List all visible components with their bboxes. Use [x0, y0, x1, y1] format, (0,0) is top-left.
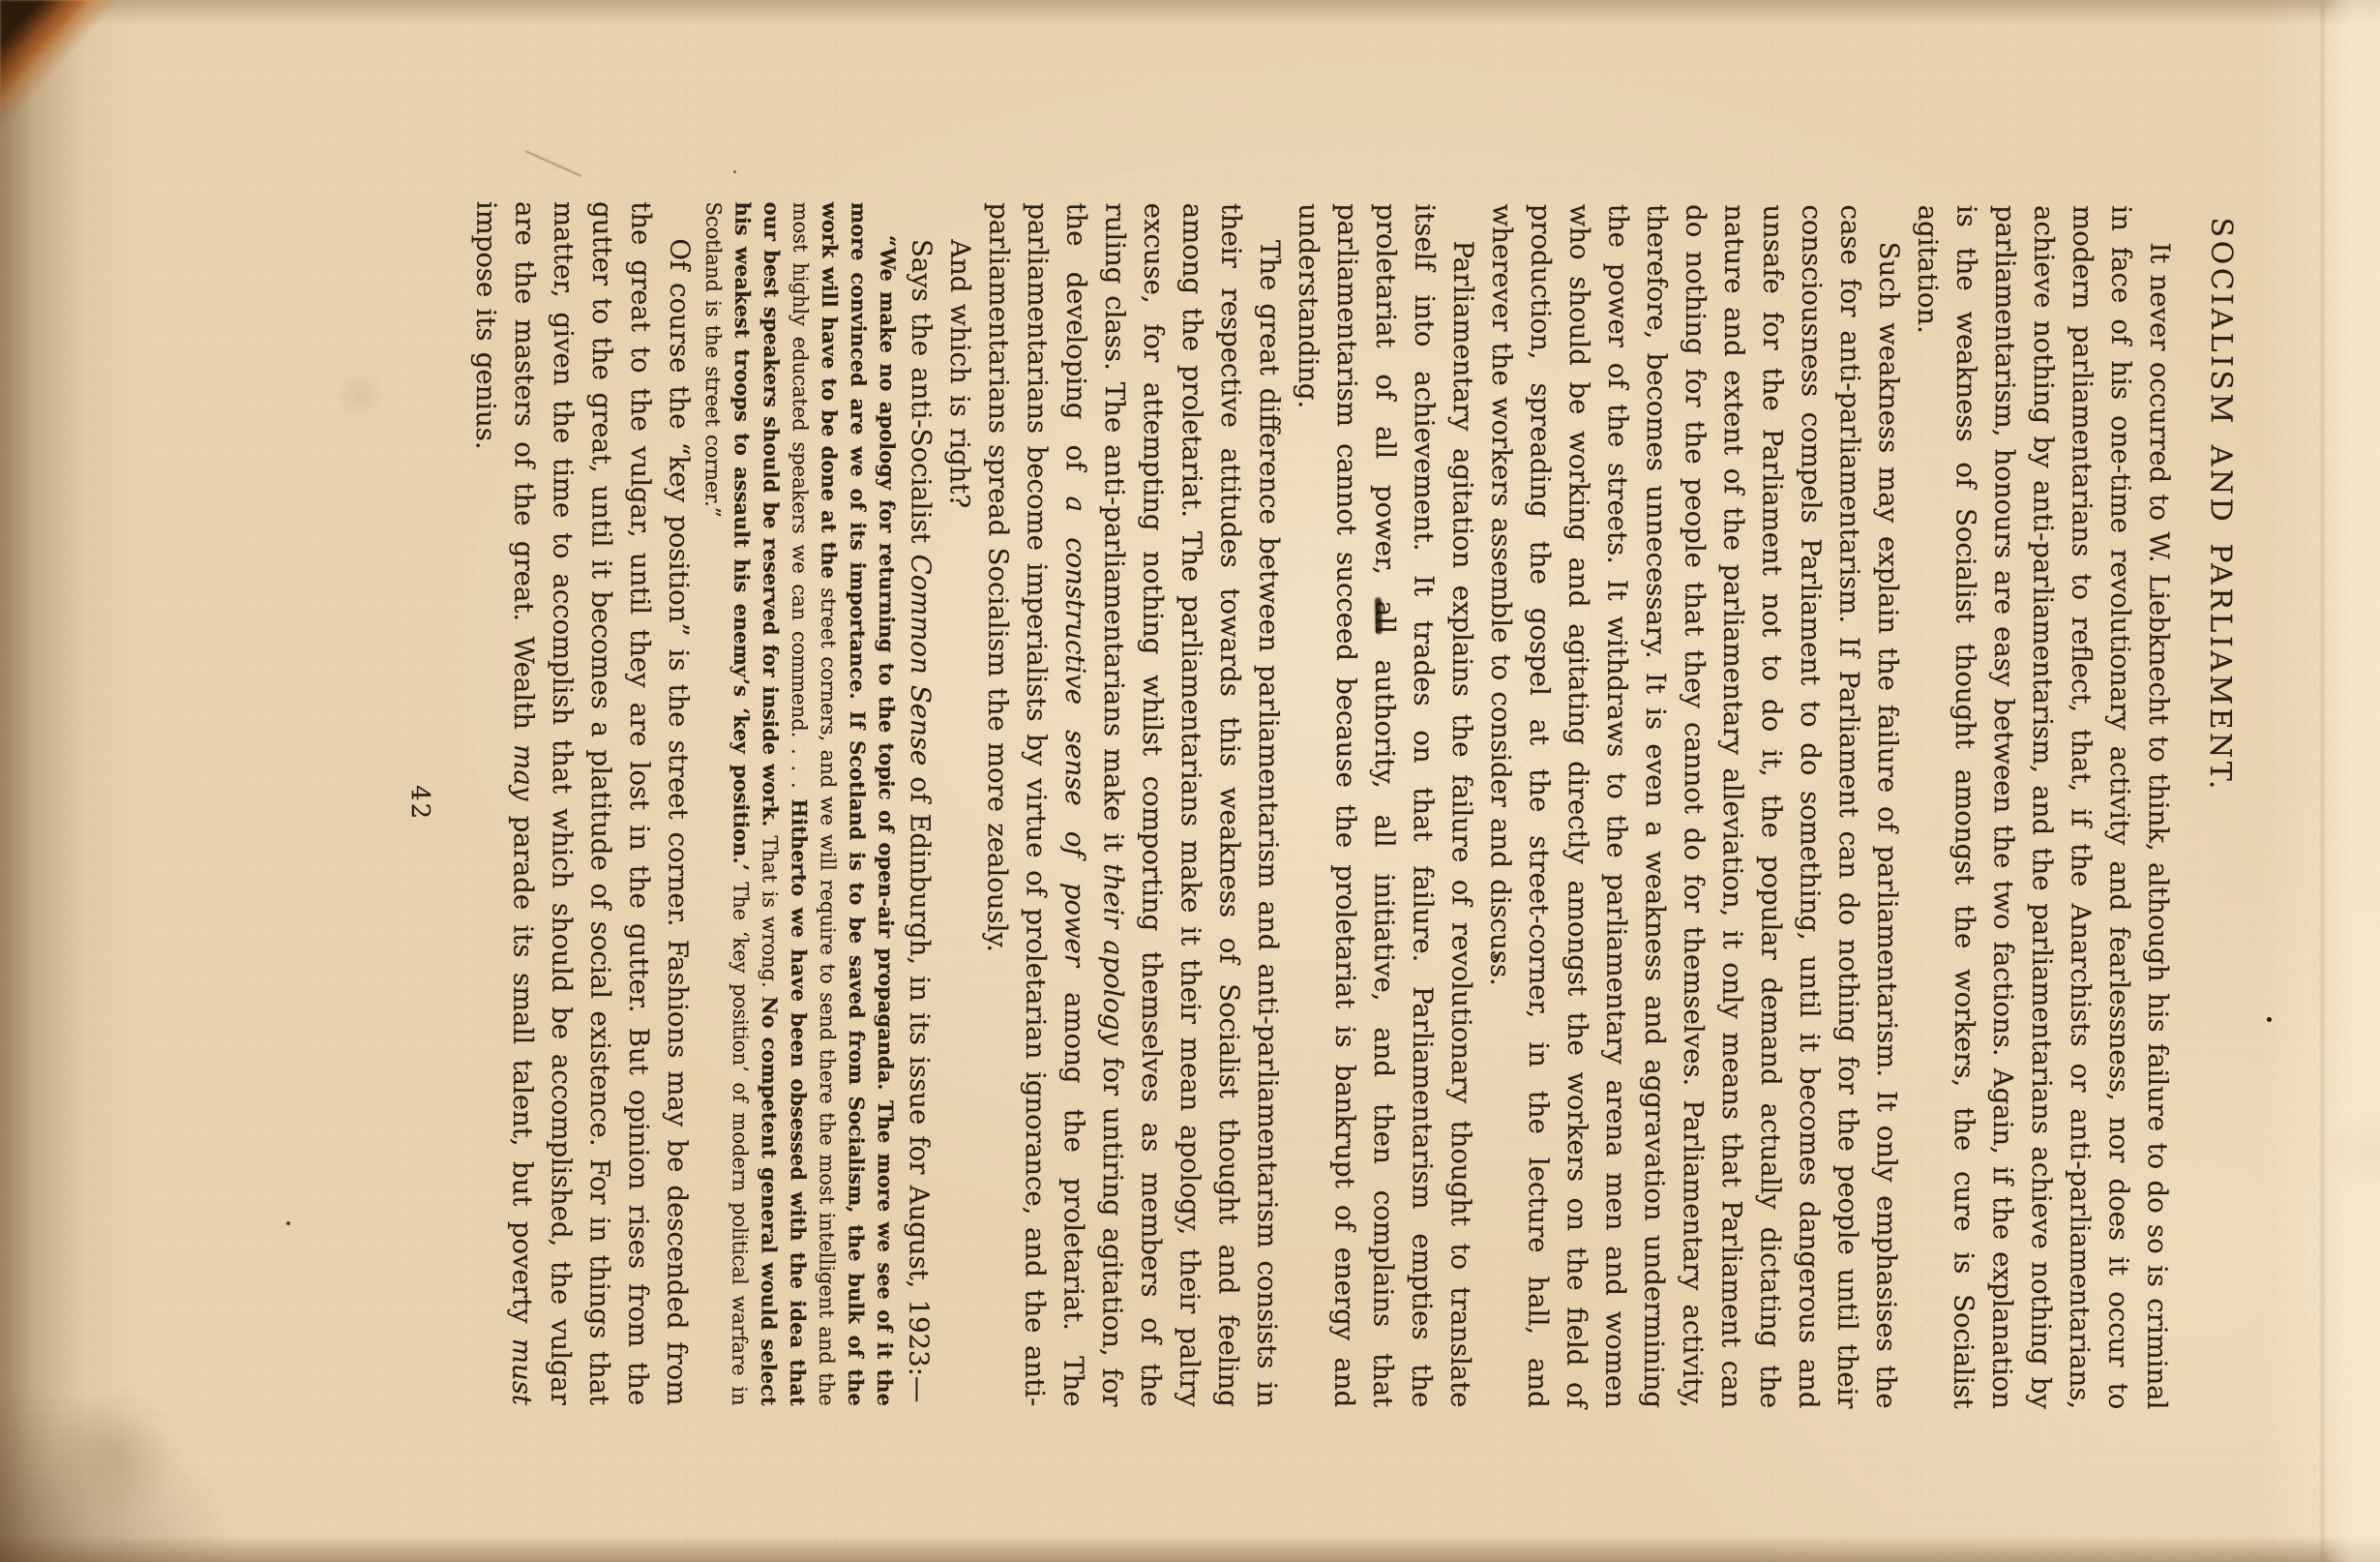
paragraph: Of course the “key position” is the stre…	[463, 201, 699, 1406]
page-title: SOCIALISM AND PARLIAMENT.	[2201, 218, 2238, 1410]
page-body-text: It never occurred to W. Liebknecht to th…	[463, 201, 2179, 1410]
paragraph: The great difference between parliamenta…	[976, 202, 1289, 1407]
page-number: 42	[403, 201, 435, 1405]
quote-paragraph: “We make no apology for returning to the…	[696, 201, 902, 1406]
ink-smudge-artifact	[1375, 597, 1383, 634]
paragraph: Says the anti-Socialist Common Sense of …	[899, 202, 940, 1406]
paragraph: And which is right?	[937, 202, 979, 1406]
scanned-book-page-photo: { "page": { "title": "SOCIALISM AND PARL…	[0, 0, 2380, 1562]
paragraph: Such weakness may explain the failure of…	[1479, 204, 1908, 1409]
paragraph: Parliamentary agitation explains the fai…	[1286, 203, 1482, 1408]
paragraph: It never occurred to W. Liebknecht to th…	[1905, 205, 2179, 1410]
book-page: SOCIALISM AND PARLIAMENT. It never occur…	[0, 0, 2380, 1562]
